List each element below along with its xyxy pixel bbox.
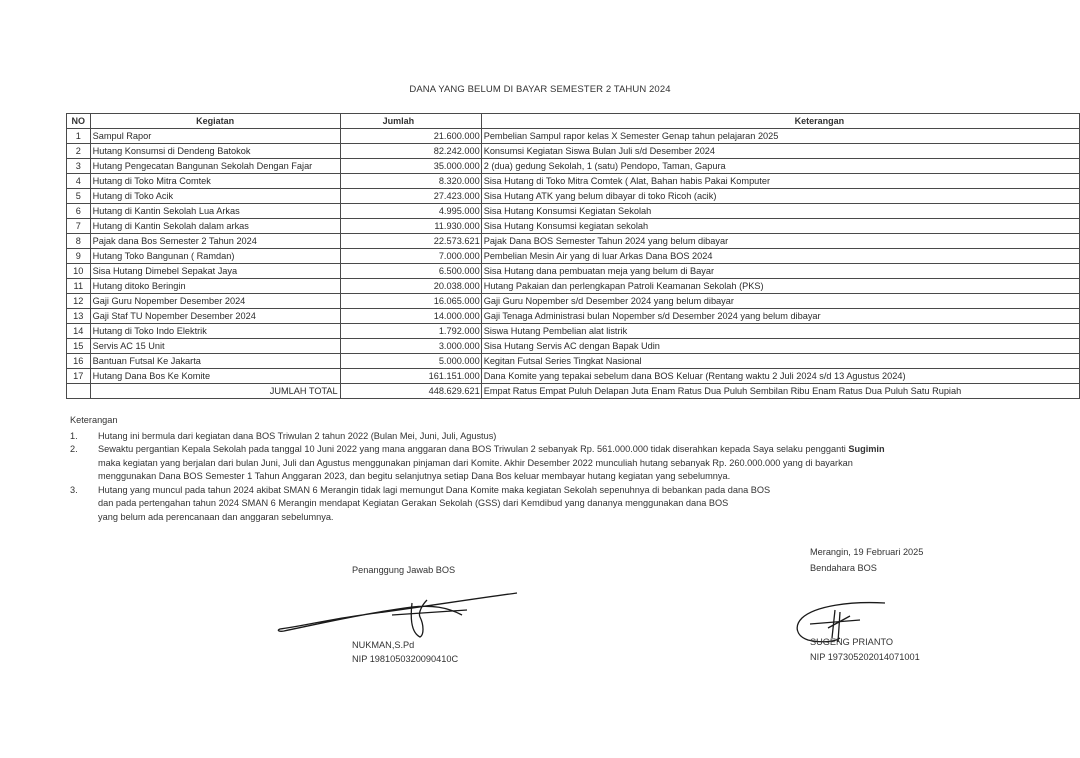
row-jumlah: 20.038.000 xyxy=(340,279,481,294)
total-amount: 448.629.621 xyxy=(340,384,481,399)
note-number: 1. xyxy=(70,430,78,444)
row-kegiatan: Gaji Staf TU Nopember Desember 2024 xyxy=(90,309,340,324)
table-row: 12Gaji Guru Nopember Desember 202416.065… xyxy=(67,294,1080,309)
total-in-words: Empat Ratus Empat Puluh Delapan Juta Ena… xyxy=(481,384,1079,399)
row-jumlah: 82.242.000 xyxy=(340,144,481,159)
right-signer-nip: NIP 197305202014071001 xyxy=(810,650,920,665)
header-kegiatan: Kegiatan xyxy=(90,114,340,129)
row-no: 16 xyxy=(67,354,91,369)
table-row: 5Hutang di Toko Acik27.423.000Sisa Hutan… xyxy=(67,189,1080,204)
row-jumlah: 11.930.000 xyxy=(340,219,481,234)
row-kegiatan: Hutang ditoko Beringin xyxy=(90,279,340,294)
note-line: Hutang yang muncul pada tahun 2024 akiba… xyxy=(98,484,1028,498)
row-keterangan: Sisa Hutang di Toko Mitra Comtek ( Alat,… xyxy=(481,174,1079,189)
row-keterangan: Sisa Hutang Servis AC dengan Bapak Udin xyxy=(481,339,1079,354)
table-header-row: NO Kegiatan Jumlah Keterangan xyxy=(67,114,1080,129)
row-no: 5 xyxy=(67,189,91,204)
row-kegiatan: Bantuan Futsal Ke Jakarta xyxy=(90,354,340,369)
row-no: 15 xyxy=(67,339,91,354)
note-bold-name: Sugimin xyxy=(848,444,884,454)
row-kegiatan: Hutang di Toko Mitra Comtek xyxy=(90,174,340,189)
total-label: JUMLAH TOTAL xyxy=(90,384,340,399)
row-no: 9 xyxy=(67,249,91,264)
row-jumlah: 8.320.000 xyxy=(340,174,481,189)
table-row: 13Gaji Staf TU Nopember Desember 202414.… xyxy=(67,309,1080,324)
total-no xyxy=(67,384,91,399)
row-kegiatan: Sisa Hutang Dimebel Sepakat Jaya xyxy=(90,264,340,279)
left-signer-role: Penanggung Jawab BOS xyxy=(352,563,455,578)
table-row: 6Hutang di Kantin Sekolah Lua Arkas4.995… xyxy=(67,204,1080,219)
row-jumlah: 6.500.000 xyxy=(340,264,481,279)
row-kegiatan: Hutang Pengecatan Bangunan Sekolah Denga… xyxy=(90,159,340,174)
note-item-3: 3. Hutang yang muncul pada tahun 2024 ak… xyxy=(70,484,1028,525)
header-no: NO xyxy=(67,114,91,129)
row-no: 3 xyxy=(67,159,91,174)
note-line: Sewaktu pergantian Kepala Sekolah pada t… xyxy=(98,443,1028,457)
left-signer-name: NUKMAN,S.Pd xyxy=(352,638,414,653)
row-kegiatan: Hutang di Kantin Sekolah Lua Arkas xyxy=(90,204,340,219)
note-number: 2. xyxy=(70,443,78,457)
table-row: 11Hutang ditoko Beringin20.038.000Hutang… xyxy=(67,279,1080,294)
header-keterangan: Keterangan xyxy=(481,114,1079,129)
row-no: 17 xyxy=(67,369,91,384)
note-line: maka kegiatan yang berjalan dari bulan J… xyxy=(98,457,1028,471)
row-jumlah: 21.600.000 xyxy=(340,129,481,144)
row-no: 11 xyxy=(67,279,91,294)
note-item-1: 1. Hutang ini bermula dari kegiatan dana… xyxy=(70,430,1028,444)
row-kegiatan: Hutang Konsumsi di Dendeng Batokok xyxy=(90,144,340,159)
row-no: 12 xyxy=(67,294,91,309)
row-keterangan: Hutang Pakaian dan perlengkapan Patroli … xyxy=(481,279,1079,294)
debt-table: NO Kegiatan Jumlah Keterangan 1Sampul Ra… xyxy=(66,113,1080,399)
table-row: 16Bantuan Futsal Ke Jakarta5.000.000Kegi… xyxy=(67,354,1080,369)
note-line: Hutang ini bermula dari kegiatan dana BO… xyxy=(98,430,1028,444)
notes-heading: Keterangan xyxy=(70,414,1028,428)
row-kegiatan: Sampul Rapor xyxy=(90,129,340,144)
table-row: 7Hutang di Kantin Sekolah dalam arkas11.… xyxy=(67,219,1080,234)
header-jumlah: Jumlah xyxy=(340,114,481,129)
row-kegiatan: Servis AC 15 Unit xyxy=(90,339,340,354)
row-jumlah: 27.423.000 xyxy=(340,189,481,204)
row-jumlah: 16.065.000 xyxy=(340,294,481,309)
note-line: dan pada pertengahan tahun 2024 SMAN 6 M… xyxy=(98,497,1028,511)
row-keterangan: Pajak Dana BOS Semester Tahun 2024 yang … xyxy=(481,234,1079,249)
row-keterangan: Sisa Hutang dana pembuatan meja yang bel… xyxy=(481,264,1079,279)
row-keterangan: Konsumsi Kegiatan Siswa Bulan Juli s/d D… xyxy=(481,144,1079,159)
note-number: 3. xyxy=(70,484,78,498)
row-keterangan: Siswa Hutang Pembelian alat listrik xyxy=(481,324,1079,339)
row-keterangan: Sisa Hutang Konsumsi Kegiatan Sekolah xyxy=(481,204,1079,219)
row-keterangan: Sisa Hutang Konsumsi kegiatan sekolah xyxy=(481,219,1079,234)
table-row: 8Pajak dana Bos Semester 2 Tahun 202422.… xyxy=(67,234,1080,249)
row-no: 8 xyxy=(67,234,91,249)
row-keterangan: Pembelian Mesin Air yang di luar Arkas D… xyxy=(481,249,1079,264)
row-jumlah: 14.000.000 xyxy=(340,309,481,324)
row-jumlah: 22.573.621 xyxy=(340,234,481,249)
row-kegiatan: Pajak dana Bos Semester 2 Tahun 2024 xyxy=(90,234,340,249)
row-keterangan: Dana Komite yang tepakai sebelum dana BO… xyxy=(481,369,1079,384)
note-text: Sewaktu pergantian Kepala Sekolah pada t… xyxy=(98,444,848,454)
row-jumlah: 161.151.000 xyxy=(340,369,481,384)
table-row: 15Servis AC 15 Unit3.000.000Sisa Hutang … xyxy=(67,339,1080,354)
row-keterangan: Sisa Hutang ATK yang belum dibayar di to… xyxy=(481,189,1079,204)
row-keterangan: Gaji Tenaga Administrasi bulan Nopember … xyxy=(481,309,1079,324)
row-no: 2 xyxy=(67,144,91,159)
note-line: menggunakan Dana BOS Semester 1 Tahun An… xyxy=(98,470,1028,484)
table-row: 17Hutang Dana Bos Ke Komite161.151.000Da… xyxy=(67,369,1080,384)
row-kegiatan: Hutang Dana Bos Ke Komite xyxy=(90,369,340,384)
row-kegiatan: Gaji Guru Nopember Desember 2024 xyxy=(90,294,340,309)
table-row: 10Sisa Hutang Dimebel Sepakat Jaya6.500.… xyxy=(67,264,1080,279)
row-kegiatan: Hutang di Kantin Sekolah dalam arkas xyxy=(90,219,340,234)
row-no: 6 xyxy=(67,204,91,219)
right-signer-name: SUGENG PRIANTO xyxy=(810,635,893,650)
document-title: DANA YANG BELUM DI BAYAR SEMESTER 2 TAHU… xyxy=(0,84,1080,95)
notes-section: Keterangan 1. Hutang ini bermula dari ke… xyxy=(70,414,1028,524)
row-no: 13 xyxy=(67,309,91,324)
right-signer-role: Bendahara BOS xyxy=(810,561,877,576)
place-date: Merangin, 19 Februari 2025 xyxy=(810,545,923,560)
table-row: 9Hutang Toko Bangunan ( Ramdan)7.000.000… xyxy=(67,249,1080,264)
row-jumlah: 5.000.000 xyxy=(340,354,481,369)
row-kegiatan: Hutang Toko Bangunan ( Ramdan) xyxy=(90,249,340,264)
table-row: 1Sampul Rapor21.600.000Pembelian Sampul … xyxy=(67,129,1080,144)
row-keterangan: Kegitan Futsal Series Tingkat Nasional xyxy=(481,354,1079,369)
note-line: yang belum ada perencanaan dan anggaran … xyxy=(98,511,1028,525)
row-jumlah: 1.792.000 xyxy=(340,324,481,339)
row-jumlah: 3.000.000 xyxy=(340,339,481,354)
row-no: 1 xyxy=(67,129,91,144)
table-row: 3Hutang Pengecatan Bangunan Sekolah Deng… xyxy=(67,159,1080,174)
row-kegiatan: Hutang di Toko Acik xyxy=(90,189,340,204)
row-jumlah: 35.000.000 xyxy=(340,159,481,174)
row-jumlah: 7.000.000 xyxy=(340,249,481,264)
row-no: 10 xyxy=(67,264,91,279)
total-row: JUMLAH TOTAL 448.629.621 Empat Ratus Emp… xyxy=(67,384,1080,399)
note-item-2: 2. Sewaktu pergantian Kepala Sekolah pad… xyxy=(70,443,1028,484)
row-no: 14 xyxy=(67,324,91,339)
row-jumlah: 4.995.000 xyxy=(340,204,481,219)
row-kegiatan: Hutang di Toko Indo Elektrik xyxy=(90,324,340,339)
row-keterangan: Pembelian Sampul rapor kelas X Semester … xyxy=(481,129,1079,144)
row-keterangan: Gaji Guru Nopember s/d Desember 2024 yan… xyxy=(481,294,1079,309)
left-signer-nip: NIP 1981050320090410C xyxy=(352,652,458,667)
row-no: 7 xyxy=(67,219,91,234)
table-row: 2Hutang Konsumsi di Dendeng Batokok82.24… xyxy=(67,144,1080,159)
table-row: 14Hutang di Toko Indo Elektrik1.792.000S… xyxy=(67,324,1080,339)
left-signature-icon xyxy=(272,585,522,645)
row-keterangan: 2 (dua) gedung Sekolah, 1 (satu) Pendopo… xyxy=(481,159,1079,174)
row-no: 4 xyxy=(67,174,91,189)
table-row: 4Hutang di Toko Mitra Comtek8.320.000Sis… xyxy=(67,174,1080,189)
